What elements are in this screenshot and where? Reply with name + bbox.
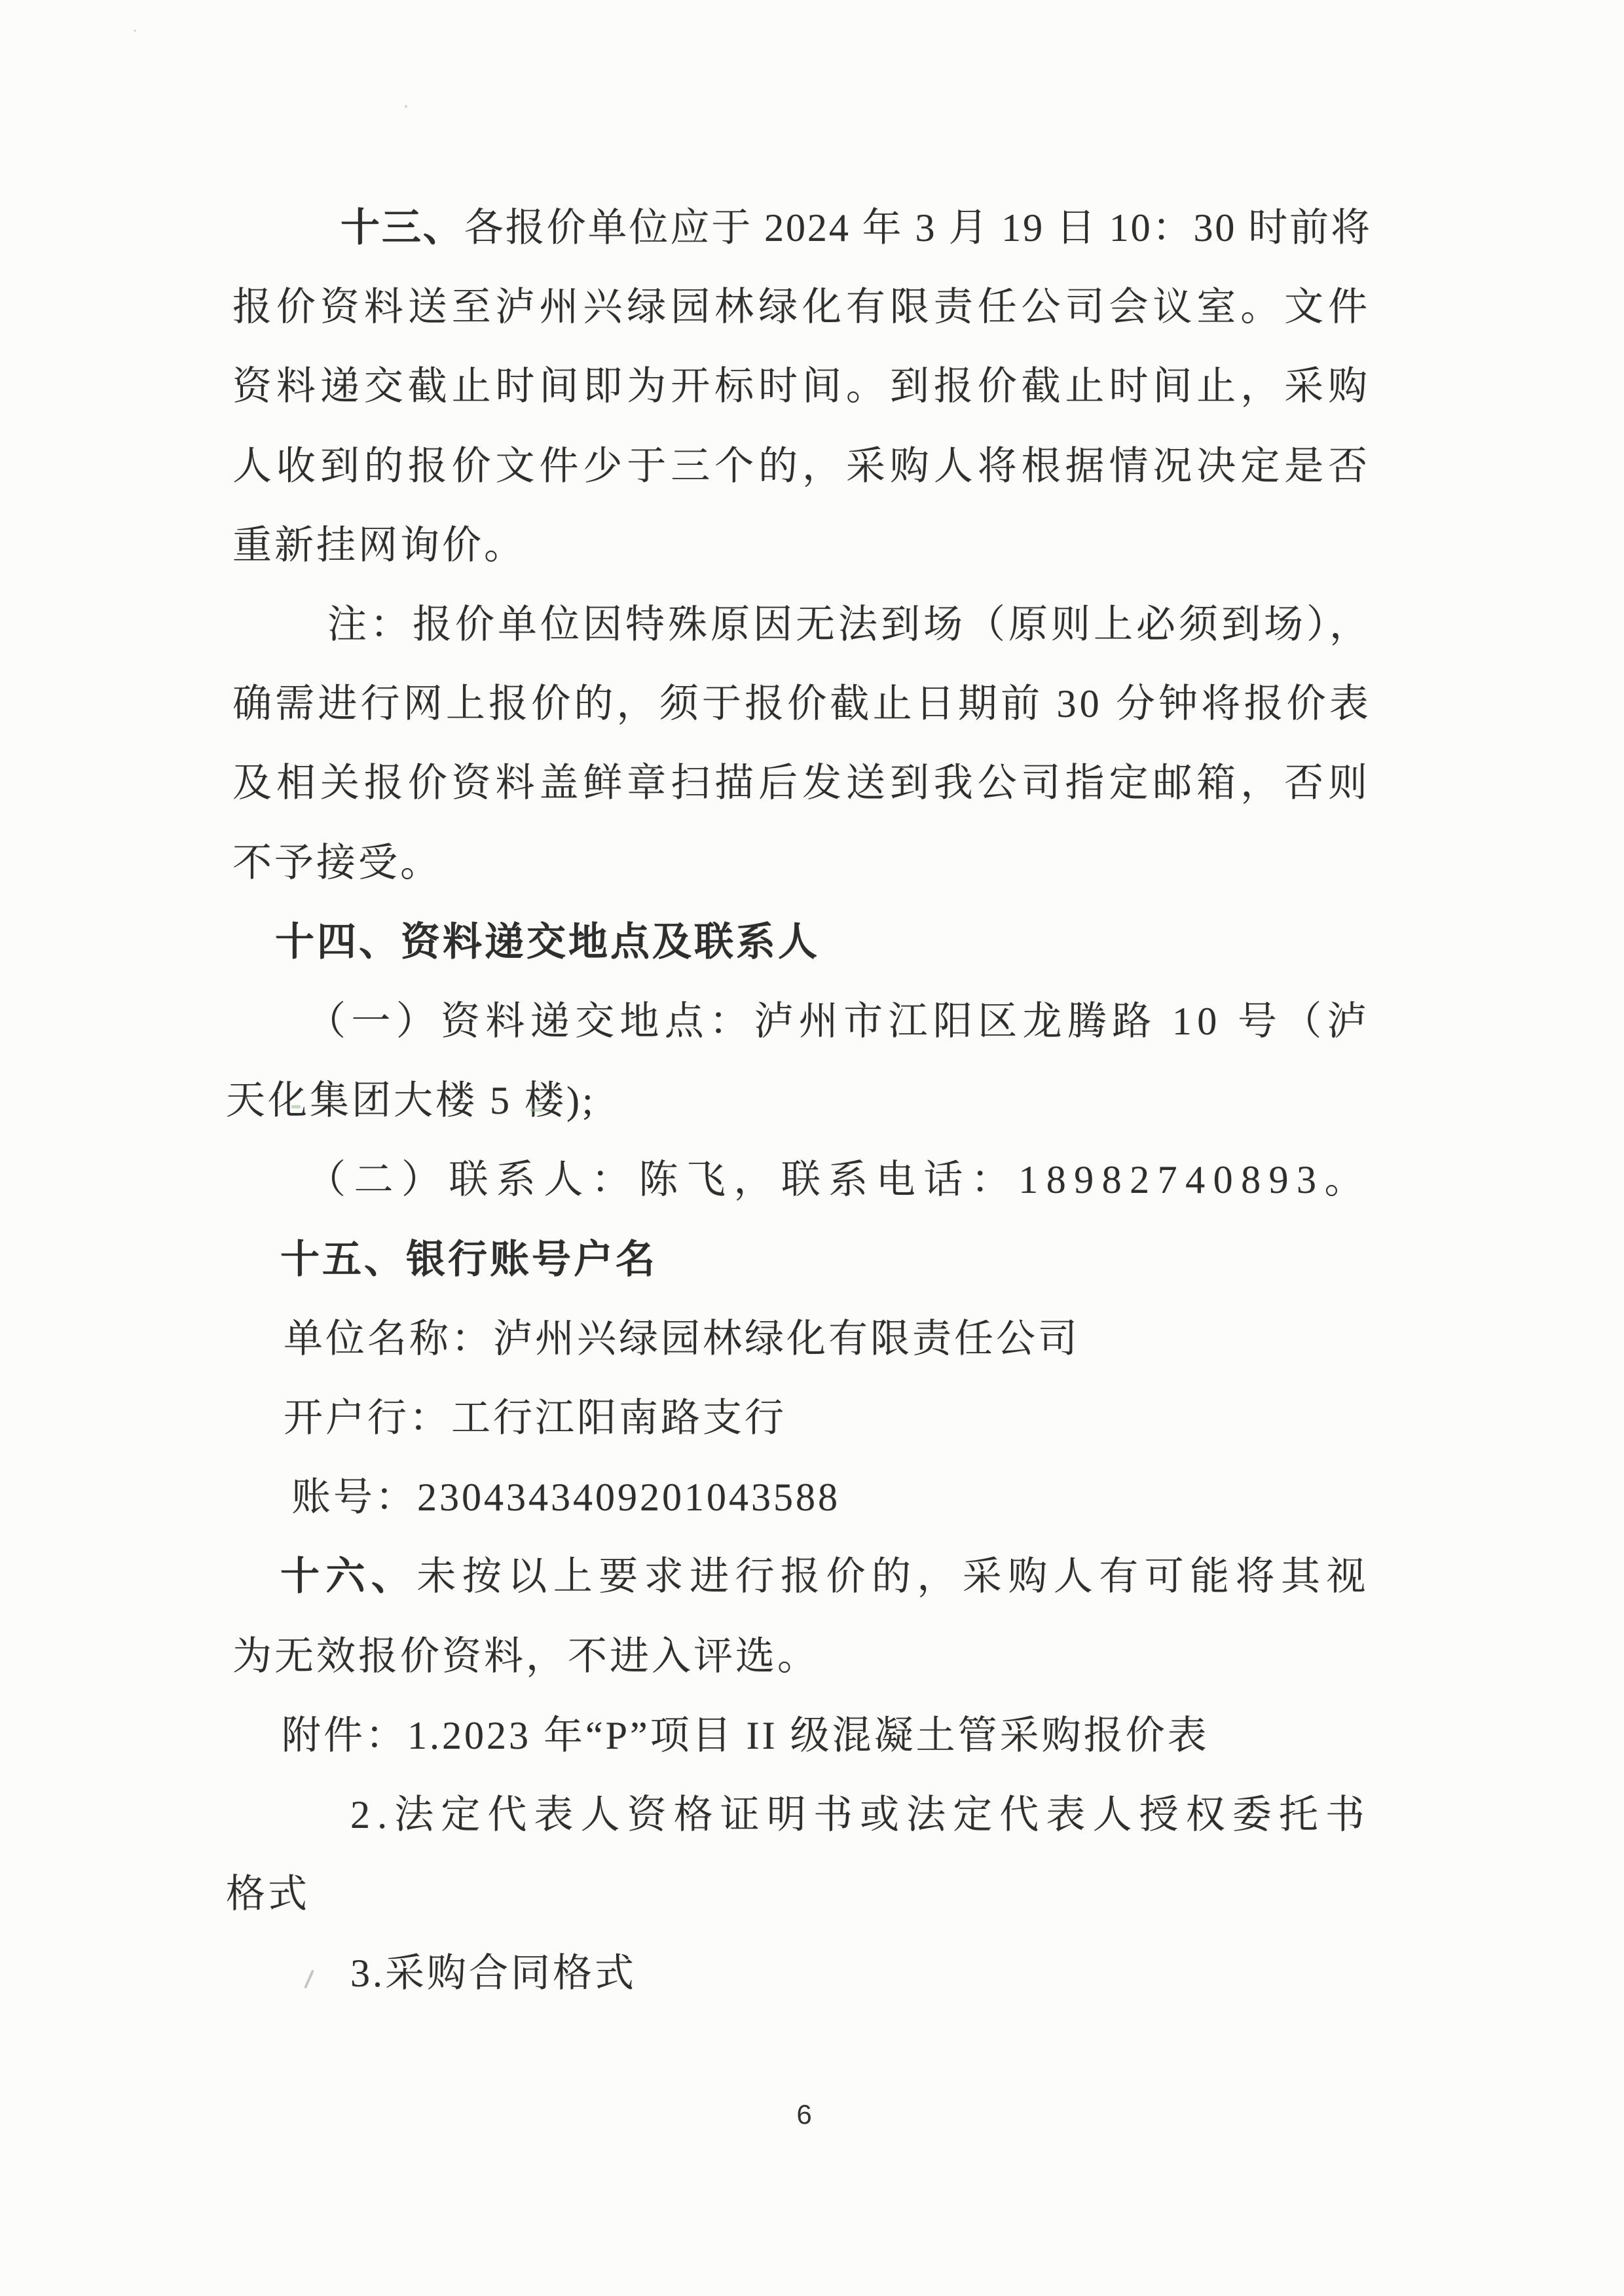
text-line: 十三、各报价单位应于 2024 年 3 月 19 日 10：30 时前将	[341, 202, 1372, 255]
text-line-body: 十四、资料递交地点及联系人	[275, 920, 820, 964]
text-line: 附件：1.2023 年“P”项目 II 级混凝土管采购报价表	[282, 1710, 1209, 1762]
text-line-body: 2.法定代表人资格证明书或法定代表人授权委托书	[350, 1793, 1372, 1836]
text-line: 及相关报价资料盖鲜章扫描后发送到我公司指定邮箱，否则	[232, 757, 1372, 810]
text-line: 2.法定代表人资格证明书或法定代表人授权委托书	[350, 1789, 1372, 1842]
text-line: 十五、银行账号户名	[280, 1234, 657, 1286]
text-line: 不予接受。	[232, 837, 442, 890]
text-line: 开户行：工行江阳南路支行	[284, 1393, 786, 1445]
text-line: 十六、未按以上要求进行报价的，采购人有可能将其视	[280, 1551, 1372, 1603]
text-line-body: 资料递交截止时间即为开标时间。到报价截止时间止，采购	[232, 365, 1372, 408]
text-line-body: 账号：2304343409201043588	[291, 1476, 840, 1519]
text-line: 为无效报价资料，不进入评选。	[232, 1631, 819, 1683]
text-line-body: 天化集团大楼 5 楼);	[226, 1079, 596, 1122]
scan-artifact	[405, 105, 407, 108]
text-line-prefix: 十三、	[341, 206, 464, 249]
text-line-body: 重新挂网询价。	[232, 524, 526, 567]
page-number: 6	[790, 2100, 819, 2129]
scan-artifact	[134, 29, 136, 32]
text-line-body: 3.采购合同格式	[350, 1952, 637, 1995]
text-line-body: 人收到的报价文件少于三个的，采购人将根据情况决定是否	[232, 445, 1372, 488]
text-line: 重新挂网询价。	[232, 520, 526, 572]
text-line-body: 各报价单位应于 2024 年 3 月 19 日 10：30 时前将	[464, 206, 1372, 249]
scanned-document: { "page": { "number": "6", "background_c…	[0, 0, 1624, 2296]
text-line-prefix: 十六、	[280, 1555, 416, 1598]
text-line: 天化集团大楼 5 楼);	[226, 1075, 596, 1127]
text-line-body: 未按以上要求进行报价的，采购人有可能将其视	[416, 1555, 1372, 1598]
text-line-body: 附件：1.2023 年“P”项目 II 级混凝土管采购报价表	[282, 1714, 1209, 1757]
text-line-body: 确需进行网上报价的，须于报价截止日期前 30 分钟将报价表	[232, 682, 1372, 725]
text-line-body: 十五、银行账号户名	[280, 1238, 657, 1281]
text-line-body: 报价资料送至泸州兴绿园林绿化有限责任公司会议室。文件	[232, 285, 1372, 329]
text-line: （一）资料递交地点：泸州市江阳区龙腾路 10 号（泸	[306, 996, 1372, 1048]
text-line: 格式	[226, 1868, 310, 1921]
text-line: （二）联系人：陈飞，联系电话：18982740893。	[306, 1154, 1372, 1207]
text-line: 人收到的报价文件少于三个的，采购人将根据情况决定是否	[232, 441, 1372, 493]
text-line: 账号：2304343409201043588	[291, 1472, 840, 1524]
scan-artifact	[304, 1969, 314, 1988]
text-line: 资料递交截止时间即为开标时间。到报价截止时间止，采购	[232, 361, 1372, 413]
text-line-body: 及相关报价资料盖鲜章扫描后发送到我公司指定邮箱，否则	[232, 761, 1372, 805]
text-line-body: 开户行：工行江阳南路支行	[284, 1396, 786, 1440]
text-line-body: 不予接受。	[232, 841, 442, 884]
text-line: 确需进行网上报价的，须于报价截止日期前 30 分钟将报价表	[232, 678, 1372, 731]
text-line-body: 注：报价单位因特殊原因无法到场（原则上必须到场），	[327, 603, 1372, 646]
text-line: 单位名称：泸州兴绿园林绿化有限责任公司	[284, 1313, 1080, 1366]
document-page: 十三、各报价单位应于 2024 年 3 月 19 日 10：30 时前将报价资料…	[0, 0, 1624, 2296]
text-line-body: （二）联系人：陈飞，联系电话：18982740893。	[306, 1158, 1372, 1201]
text-line-body: 单位名称：泸州兴绿园林绿化有限责任公司	[284, 1317, 1080, 1360]
text-line: 3.采购合同格式	[350, 1948, 637, 2000]
text-line: 十四、资料递交地点及联系人	[275, 917, 820, 969]
text-line: 报价资料送至泸州兴绿园林绿化有限责任公司会议室。文件	[232, 282, 1372, 334]
text-line-body: （一）资料递交地点：泸州市江阳区龙腾路 10 号（泸	[306, 1000, 1372, 1043]
text-line-body: 格式	[226, 1872, 310, 1916]
text-line-body: 为无效报价资料，不进入评选。	[232, 1635, 819, 1678]
text-line: 注：报价单位因特殊原因无法到场（原则上必须到场），	[327, 599, 1372, 651]
